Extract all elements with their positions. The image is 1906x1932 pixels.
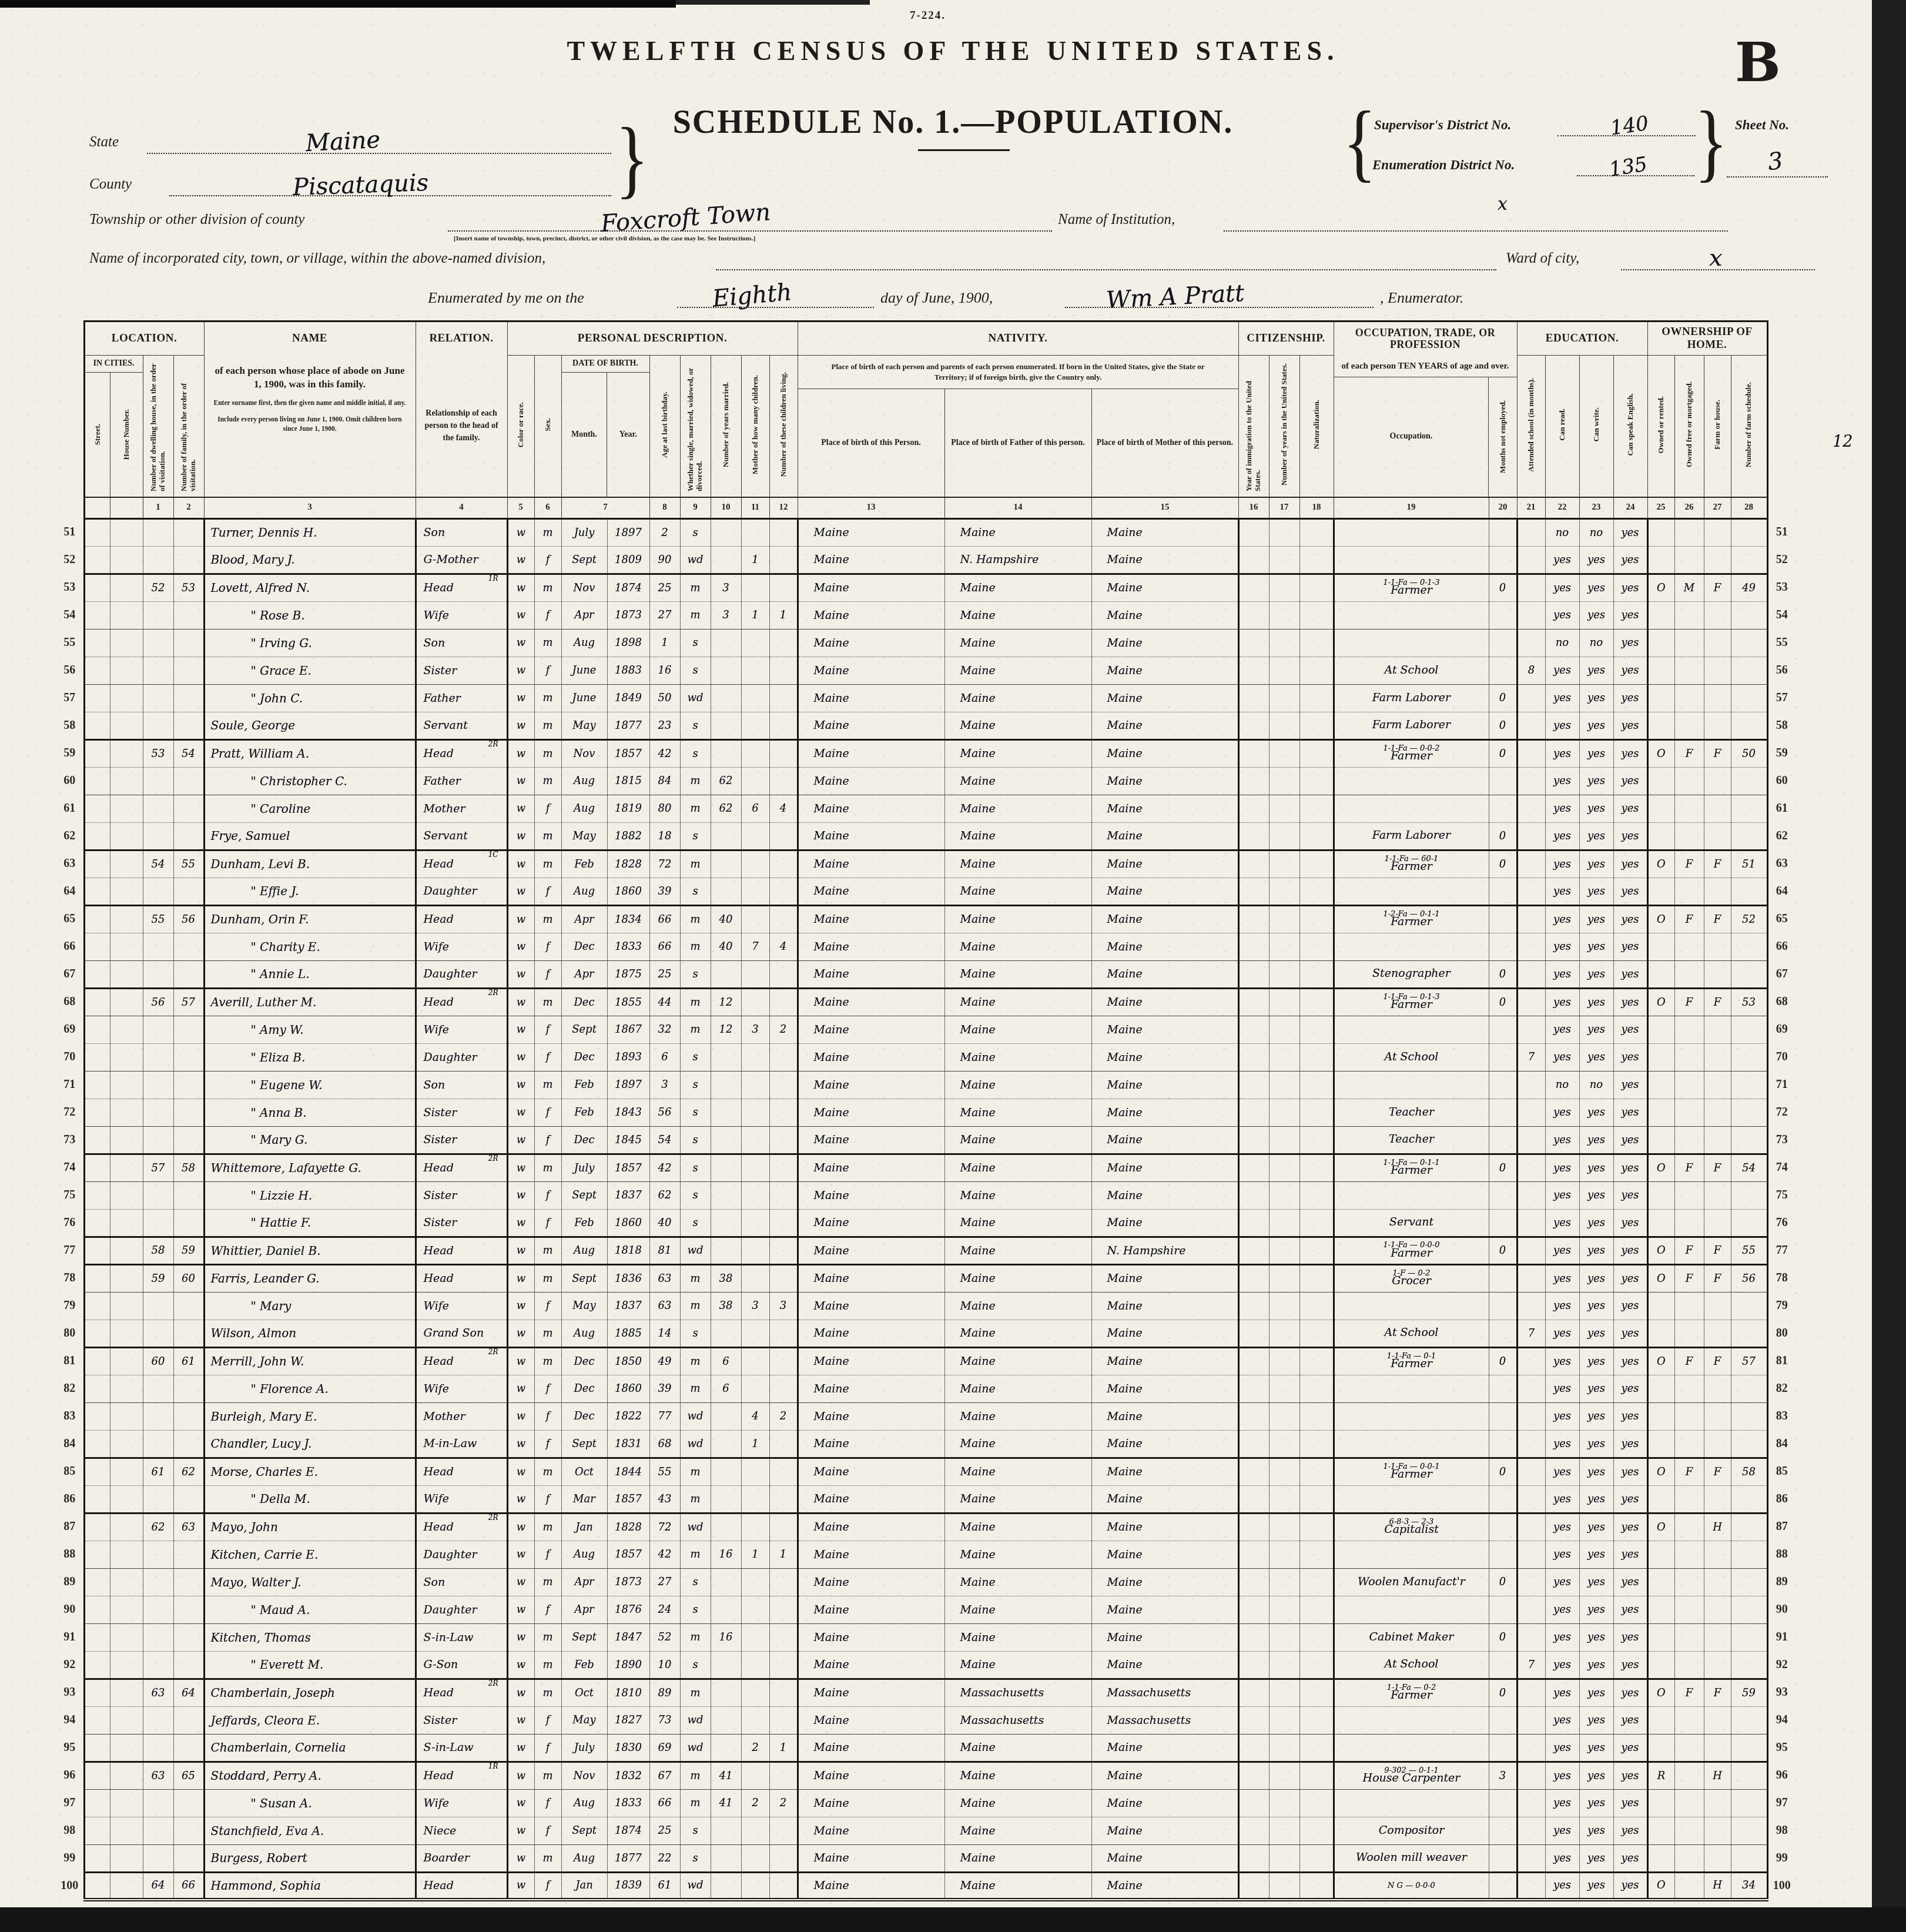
can-read-cell: yes [1545,960,1579,988]
can-speak-english-cell: yes [1613,905,1647,933]
line-number: 59 [1767,739,1796,767]
line-number: 70 [1767,1043,1796,1071]
mother-birthplace-cell: Maine [1091,988,1238,1016]
relation-cell: Wife [416,1485,507,1513]
house-number-cell [110,767,143,795]
attended-school-cell [1517,1872,1545,1900]
street-cell [84,546,110,574]
age-cell: 84 [649,767,680,795]
street-cell [84,988,110,1016]
col-num: 27 [1704,497,1731,518]
relation-cell: Wife [416,1016,507,1043]
marital-cell: m [680,1789,711,1817]
occupation-cell: 1-1-Fa — 0-2Farmer [1334,1679,1489,1706]
free-mortgaged-cell [1674,1844,1704,1872]
relation-cell: 2RHead [416,1347,507,1375]
institution-value: x [1498,194,1508,215]
name-col-desc: of each person whose place of abode on J… [204,356,416,498]
col-num: 25 [1647,497,1674,518]
months-not-employed-cell: 0 [1489,1568,1517,1596]
relation-cell: Father [416,684,507,712]
free-mortgaged-cell [1674,1320,1704,1347]
sex-cell: m [534,1844,561,1872]
children-living-cell [769,1430,798,1458]
immigration-year-cell [1238,878,1269,905]
farm-house-cell: F [1704,1679,1731,1706]
census-row-53: 535253Lovett, Alfred N.1RHeadwmNov187425… [56,574,1796,601]
father-birthplace-cell: Maine [944,1817,1091,1844]
birthplace-cell: Maine [798,795,944,822]
birth-month-cell: Feb [561,1071,607,1099]
line-number: 72 [56,1099,84,1126]
line-number: 69 [56,1016,84,1043]
birthplace-cell: Maine [798,712,944,739]
immigration-year-cell [1238,1541,1269,1568]
age-cell: 39 [649,1375,680,1402]
birth-month-cell: Feb [561,850,607,878]
years-married-cell [711,1071,741,1099]
sex-cell: f [534,1209,561,1237]
census-row-93: 936364Chamberlain, Joseph2RHeadwmOct1810… [56,1679,1796,1706]
attended-school-cell [1517,822,1545,850]
street-cell [84,1264,110,1292]
marital-cell: m [680,905,711,933]
can-speak-english-cell: yes [1613,795,1647,822]
occupation-cell: Servant [1334,1209,1489,1237]
can-read-cell: yes [1545,1844,1579,1872]
farm-house-cell [1704,1071,1731,1099]
naturalization-cell [1299,712,1334,739]
occupation-cell: Woolen Manufact'r [1334,1568,1489,1596]
age-cell: 39 [649,878,680,905]
years-in-us-cell [1269,1320,1299,1347]
farm-schedule-cell: 55 [1731,1237,1767,1264]
mother-children-cell [741,1513,769,1541]
mother-children-cell [741,1099,769,1126]
months-not-employed-cell [1489,795,1517,822]
relation-cell: Sister [416,1181,507,1209]
years-in-us-cell [1269,1347,1299,1375]
line-number: 53 [56,574,84,601]
birthplace-cell: Maine [798,657,944,684]
relation-cell: 2RHead [416,739,507,767]
line-number: 74 [1767,1154,1796,1181]
years-married-cell [711,1181,741,1209]
color-cell: w [507,905,534,933]
street-cell [84,1651,110,1679]
years-married-cell [711,518,741,546]
mother-birthplace-cell: Maine [1091,850,1238,878]
naturalization-cell [1299,1844,1334,1872]
marital-cell: s [680,1154,711,1181]
mother-birthplace-cell: Maine [1091,1485,1238,1513]
supervisors-district-field: 140 [1557,118,1696,136]
attended-school-cell [1517,1402,1545,1430]
street-cell [84,905,110,933]
father-birthplace-cell: Massachusetts [944,1679,1091,1706]
years-in-us-cell [1269,1541,1299,1568]
color-cell: w [507,1209,534,1237]
col-num: 8 [649,497,680,518]
sex-cell: f [534,1817,561,1844]
father-birthplace-cell: Maine [944,739,1091,767]
can-speak-english-cell: yes [1613,1347,1647,1375]
mother-children-cell: 6 [741,795,769,822]
can-read-cell: yes [1545,1430,1579,1458]
sex-cell: m [534,1071,561,1099]
birth-year-cell: 1860 [607,878,649,905]
months-not-employed-cell: 3 [1489,1762,1517,1789]
farm-schedule-cell [1731,1126,1767,1154]
farm-house-cell [1704,1320,1731,1347]
name-header: NAME [204,322,416,356]
can-read-cell: yes [1545,684,1579,712]
owned-rented-cell [1647,1320,1674,1347]
color-cell: w [507,1099,534,1126]
father-birthplace-cell: Maine [944,1458,1091,1485]
attended-school-cell: 8 [1517,657,1545,684]
name-cell: Averill, Luther M. [204,988,416,1016]
immigration-year-cell [1238,684,1269,712]
owned-rented-cell [1647,712,1674,739]
line-number: 89 [56,1568,84,1596]
father-birthplace-cell: N. Hampshire [944,546,1091,574]
birthplace-cell: Maine [798,1568,944,1596]
col-num: 17 [1269,497,1299,518]
farm-house-cell: F [1704,988,1731,1016]
immigration-year-cell [1238,767,1269,795]
farm-schedule-cell [1731,518,1767,546]
relation-cell: Son [416,1568,507,1596]
years-married-cell [711,1679,741,1706]
free-mortgaged-cell [1674,1513,1704,1541]
attended-school-cell: 7 [1517,1043,1545,1071]
dwelling-number-cell [143,601,173,629]
house-number-cell [110,905,143,933]
naturalization-cell [1299,1402,1334,1430]
dwelling-number-cell: 60 [143,1347,173,1375]
line-number: 92 [56,1651,84,1679]
house-number-cell [110,1651,143,1679]
years-in-us-cell [1269,767,1299,795]
birth-year-cell: 1876 [607,1596,649,1623]
naturalization-cell [1299,574,1334,601]
farm-schedule-cell [1731,601,1767,629]
sex-cell: f [534,1402,561,1430]
birth-year-cell: 1882 [607,822,649,850]
birth-month-cell: May [561,1292,607,1320]
sex-cell: m [534,712,561,739]
name-cell: Whittier, Daniel B. [204,1237,416,1264]
free-mortgaged-cell [1674,1016,1704,1043]
census-row-99: 99Burgess, RobertBoarderwmAug187722sMain… [56,1844,1796,1872]
mother-birthplace-cell: Maine [1091,1071,1238,1099]
birth-month-cell: Sept [561,1264,607,1292]
children-living-cell [769,988,798,1016]
immigration-year-cell [1238,1596,1269,1623]
birth-year-cell: 1897 [607,518,649,546]
enumerator-signature: Wm A Pratt [1106,280,1245,314]
father-birthplace-cell: Maine [944,1320,1091,1347]
age-cell: 66 [649,1789,680,1817]
birthplace-cell: Maine [798,905,944,933]
street-cell [84,1485,110,1513]
farm-house-cell [1704,878,1731,905]
house-number-cell [110,1292,143,1320]
years-married-cell [711,1596,741,1623]
can-speak-english-cell: yes [1613,629,1647,657]
relation-cell: Wife [416,1789,507,1817]
occupation-cell: 1-1-Fa — 0-1Farmer [1334,1347,1489,1375]
farm-schedule-cell [1731,1402,1767,1430]
can-read-cell: yes [1545,574,1579,601]
sex-cell: f [534,1789,561,1817]
age-col-header: Age at last birthday. [649,356,680,498]
marital-cell: wd [680,1237,711,1264]
name-cell: Chamberlain, Cornelia [204,1734,416,1762]
naturalization-cell [1299,1679,1334,1706]
years-married-cell: 12 [711,988,741,1016]
col-num: 21 [1517,497,1545,518]
years-married-cell: 16 [711,1623,741,1651]
family-number-cell [173,546,204,574]
age-cell: 77 [649,1402,680,1430]
years-married-cell [711,1844,741,1872]
census-row-61: 61" CarolineMotherwfAug181980m6264MaineM… [56,795,1796,822]
can-read-cell: yes [1545,795,1579,822]
marital-cell: m [680,1375,711,1402]
in-cities-label: IN CITIES. [85,356,143,373]
census-sheet: 7-224. TWELFTH CENSUS OF THE UNITED STAT… [0,0,1906,1932]
owned-rented-cell [1647,518,1674,546]
birthplace-cell: Maine [798,1126,944,1154]
color-cell: w [507,1734,534,1762]
can-speak-english-cell: yes [1613,960,1647,988]
birth-year-cell: 1818 [607,1237,649,1264]
relation-cell: Daughter [416,960,507,988]
sheet-letter: B [1735,31,1781,94]
owned-rented-cell: O [1647,850,1674,878]
father-birthplace-cell: Maine [944,518,1091,546]
census-row-69: 69" Amy W.WifewfSept186732m1232MaineMain… [56,1016,1796,1043]
mother-children-cell [741,518,769,546]
dwelling-number-cell [143,1043,173,1071]
mother-birthplace-cell: Maine [1091,1126,1238,1154]
farm-house-cell [1704,1568,1731,1596]
owned-rented-cell: R [1647,1762,1674,1789]
family-number-cell [173,1734,204,1762]
mother-children-col-header: Mother of how many children. [741,356,769,498]
name-cell: " Lizzie H. [204,1181,416,1209]
farm-house-cell: F [1704,1264,1731,1292]
sex-cell: f [534,1181,561,1209]
col-num: 23 [1579,497,1613,518]
years-married-cell [711,1430,741,1458]
immigration-year-cell [1238,1126,1269,1154]
farm-schedule-cell: 56 [1731,1264,1767,1292]
state-label: State [89,134,119,150]
line-number: 52 [56,546,84,574]
attended-school-cell [1517,1016,1545,1043]
father-birthplace-cell: Maine [944,601,1091,629]
attended-school-cell [1517,1347,1545,1375]
census-row-89: 89Mayo, Walter J.SonwmApr187327sMaineMai… [56,1568,1796,1596]
can-read-cell: yes [1545,1264,1579,1292]
census-row-100: 1006466Hammond, SophiaHeadwfJan183961wdM… [56,1872,1796,1900]
census-row-85: 856162Morse, Charles E.HeadwmOct184455mM… [56,1458,1796,1485]
dwelling-number-cell [143,1734,173,1762]
birthplace-cell: Maine [798,822,944,850]
free-mortgaged-cell [1674,1817,1704,1844]
age-cell: 44 [649,988,680,1016]
birth-year-cell: 1885 [607,1320,649,1347]
farm-house-cell [1704,1126,1731,1154]
children-living-cell [769,1071,798,1099]
census-row-64: 64" Effie J.DaughterwfAug186039sMaineMai… [56,878,1796,905]
dwelling-number-cell [143,1706,173,1734]
margin-mark: 12 [1833,433,1853,451]
sex-cell: m [534,1264,561,1292]
occupation-cell [1334,1596,1489,1623]
can-write-cell: yes [1579,684,1613,712]
mother-birthplace-cell: Maine [1091,1734,1238,1762]
months-not-employed-cell: 0 [1489,1154,1517,1181]
children-living-cell [769,878,798,905]
line-number: 90 [1767,1596,1796,1623]
dwelling-number-cell [143,767,173,795]
house-number-cell [110,1264,143,1292]
months-not-employed-cell [1489,1789,1517,1817]
can-speak-english-cell: yes [1613,601,1647,629]
father-birthplace-cell: Maine [944,1264,1091,1292]
immigration-year-cell [1238,1706,1269,1734]
can-speak-english-cell: yes [1613,1789,1647,1817]
relation-cell: Head [416,1872,507,1900]
street-cell [84,1458,110,1485]
father-birthplace-cell: Maine [944,1541,1091,1568]
family-number-cell [173,1071,204,1099]
relation-cell: Mother [416,1402,507,1430]
census-row-55: 55" Irving G.SonwmAug18981sMaineMaineMai… [56,629,1796,657]
marital-cell: wd [680,1734,711,1762]
farm-schedule-cell: 51 [1731,850,1767,878]
farm-house-cell: F [1704,850,1731,878]
marital-cell: m [680,601,711,629]
line-number: 71 [1767,1071,1796,1099]
birth-month-cell: Aug [561,1789,607,1817]
birth-year-cell: 1837 [607,1292,649,1320]
birth-month-cell: Dec [561,1375,607,1402]
immigration-year-cell [1238,1071,1269,1099]
marital-cell: m [680,767,711,795]
farm-schedule-cell [1731,1375,1767,1402]
mother-birthplace-cell: Maine [1091,629,1238,657]
street-cell [84,1071,110,1099]
years-in-us-cell [1269,1402,1299,1430]
months-not-employed-cell [1489,1513,1517,1541]
age-cell: 23 [649,712,680,739]
family-number-cell [173,1430,204,1458]
marital-cell: s [680,1043,711,1071]
attended-school-cell [1517,960,1545,988]
birth-year-cell: 1874 [607,1817,649,1844]
can-write-cell: yes [1579,546,1613,574]
birth-month-cell: Dec [561,1347,607,1375]
street-cell [84,933,110,960]
family-number-cell: 61 [173,1347,204,1375]
census-row-65: 655556Dunham, Orin F.HeadwmApr183466m40M… [56,905,1796,933]
dwelling-number-cell [143,1402,173,1430]
can-read-cell: yes [1545,1568,1579,1596]
sex-cell: f [534,1706,561,1734]
attended-school-cell [1517,988,1545,1016]
enumeration-district-field: 135 [1577,158,1694,176]
can-write-cell: yes [1579,1099,1613,1126]
can-speak-english-cell: yes [1613,1071,1647,1099]
house-number-cell [110,1679,143,1706]
immigration-col-header: Year of immigration to the United States… [1238,356,1269,498]
color-cell: w [507,739,534,767]
months-not-employed-cell [1489,1320,1517,1347]
house-number-cell [110,1872,143,1900]
can-write-cell: no [1579,629,1613,657]
institution-label: Name of Institution, [1058,212,1175,228]
can-speak-english-cell: yes [1613,684,1647,712]
can-read-cell: yes [1545,1375,1579,1402]
line-number: 56 [56,657,84,684]
street-cell [84,1181,110,1209]
census-row-87: 876263Mayo, John2RHeadwmJan182872wdMaine… [56,1513,1796,1541]
birth-month-cell: Jan [561,1513,607,1541]
census-row-94: 94Jeffards, Cleora E.SisterwfMay182773wd… [56,1706,1796,1734]
birthplace-cell: Maine [798,878,944,905]
family-number-cell [173,933,204,960]
name-cell: " Hattie F. [204,1209,416,1237]
birth-month-cell: Mar [561,1485,607,1513]
street-cell [84,960,110,988]
census-row-70: 70" Eliza B.DaughterwfDec18936sMaineMain… [56,1043,1796,1071]
owned-rented-cell [1647,1706,1674,1734]
free-mortgaged-cell [1674,1706,1704,1734]
mother-children-cell: 1 [741,1430,769,1458]
owned-rented-cell [1647,1016,1674,1043]
mother-children-cell [741,1347,769,1375]
dwelling-number-cell [143,1126,173,1154]
enumerator-signature-field: Wm A Pratt [1065,289,1374,308]
dwelling-number-cell [143,1209,173,1237]
farm-schedule-cell [1731,1016,1767,1043]
birth-month-cell: May [561,712,607,739]
attended-school-cell [1517,1071,1545,1099]
marital-cell: s [680,1568,711,1596]
farm-schedule-cell [1731,546,1767,574]
months-not-employed-cell [1489,1872,1517,1900]
occupation-cell [1334,933,1489,960]
years-married-cell [711,822,741,850]
birth-year-cell: 1831 [607,1430,649,1458]
free-mortgaged-cell: F [1674,1679,1704,1706]
name-cell: Frye, Samuel [204,822,416,850]
birth-year-cell: 1810 [607,1679,649,1706]
naturalization-cell [1299,1264,1334,1292]
relation-cell: Niece [416,1817,507,1844]
years-in-us-cell [1269,822,1299,850]
birthplace-cell: Maine [798,933,944,960]
years-married-cell [711,1126,741,1154]
age-cell: 63 [649,1264,680,1292]
father-birthplace-cell: Maine [944,1430,1091,1458]
street-cell [84,850,110,878]
